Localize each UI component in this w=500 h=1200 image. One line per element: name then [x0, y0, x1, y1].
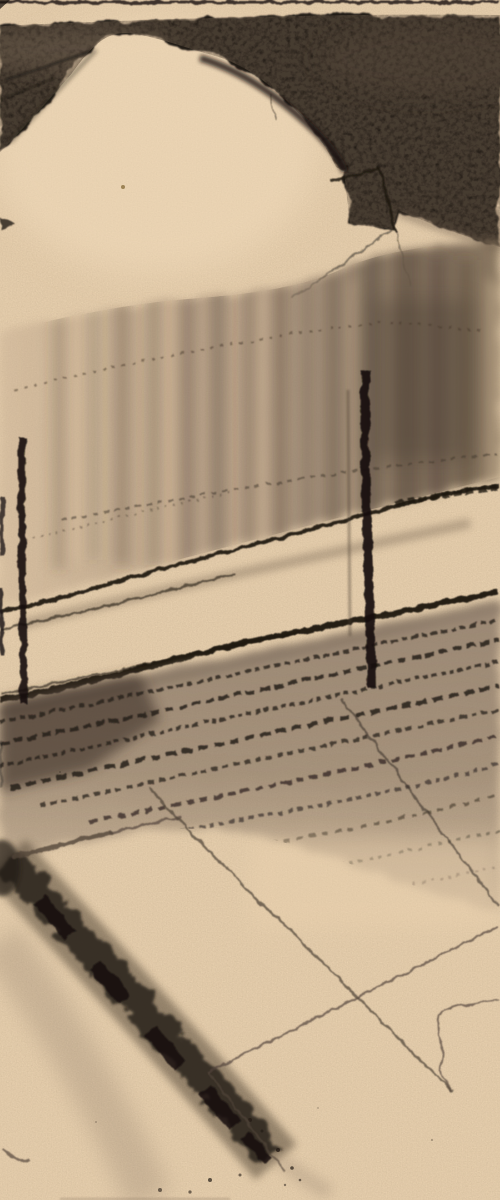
dust-speck: [121, 185, 125, 189]
sketch-canvas: [0, 0, 500, 1200]
right-post-companion: [348, 390, 350, 636]
left-edge-marks: [1, 497, 2, 788]
hatch-fade: [250, 838, 500, 928]
charcoal-sketch-artwork: [0, 0, 500, 1200]
left-post: [22, 438, 24, 704]
